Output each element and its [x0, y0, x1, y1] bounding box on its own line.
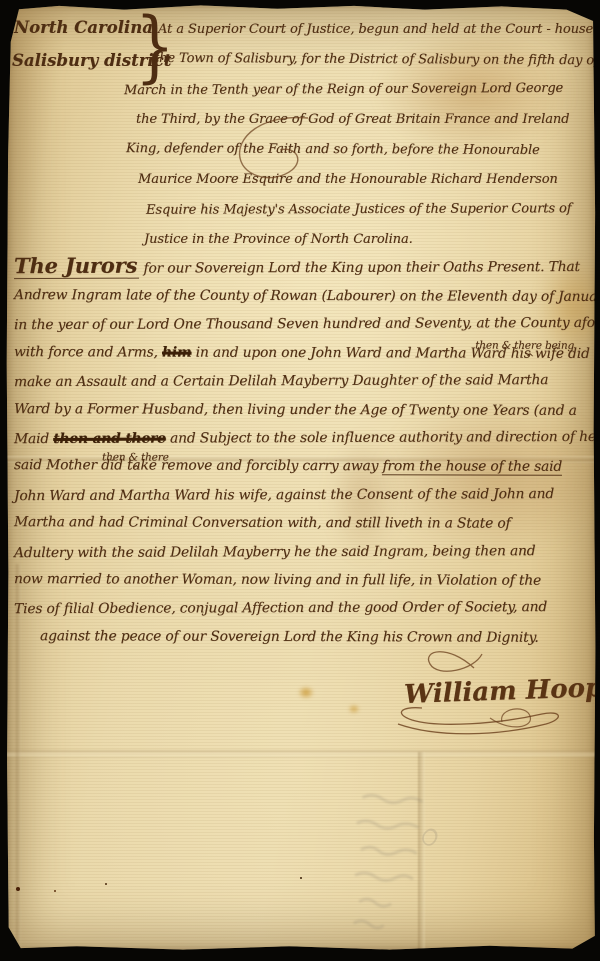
place-name-line1: North Carolina	[14, 18, 153, 37]
signature-name: William Hooper	[404, 672, 600, 710]
paper-stain	[348, 704, 360, 714]
body-line: make an Assault and a Certain Delilah Ma…	[14, 367, 600, 398]
body-line-text: Andrew Ingram late of the County of Rowa…	[14, 287, 600, 305]
manuscript-paper: North Carolina Salisbury district } At a…	[6, 4, 596, 951]
court-caption-line: At a Superior Court of Justice, begun an…	[158, 22, 600, 37]
body-line: The Jurors for our Sovereign Lord the Ki…	[14, 249, 600, 284]
body-line: Adultery with the said Delilah Mayberry …	[14, 537, 600, 568]
paper-stain	[298, 686, 314, 699]
body-line-text: Maid	[14, 431, 53, 447]
body-line-text: in the year of our Lord One Thousand Sev…	[14, 315, 600, 333]
strikethrough-text: him	[162, 344, 191, 360]
caret-mark: ^	[132, 458, 140, 484]
court-caption-line: King, defender of the Faith and so forth…	[126, 141, 540, 158]
indictment-body: The Jurors for our Sovereign Lord the Ki…	[14, 250, 600, 652]
body-line: Martha and had Criminal Conversation wit…	[14, 509, 600, 539]
body-line-text: against the peace of our Sovereign Lord …	[40, 628, 539, 646]
body-line: said Mother did take remove and forcibly…	[14, 452, 600, 482]
horizontal-fold-crease	[6, 750, 596, 758]
ink-specks	[16, 887, 20, 891]
body-line-text: Ward by a Former Husband, then living un…	[14, 401, 577, 419]
body-line-text: John Ward and Martha Ward his wife, agai…	[14, 486, 554, 504]
body-line: against the peace of our Sovereign Lord …	[14, 623, 600, 653]
body-line-text: with force and Arms,	[14, 344, 162, 360]
court-caption-line: the Third, by the Grace of God of Great …	[136, 112, 569, 127]
body-line: Ties of filial Obedience, conjugal Affec…	[14, 594, 600, 625]
interlinear-insertion: then & there being	[475, 332, 574, 358]
vertical-fold-crease	[418, 752, 425, 951]
body-line: now married to another Woman, now living…	[14, 566, 600, 596]
body-line-text: Adultery with the said Delilah Mayberry …	[14, 543, 535, 561]
body-line-text: Ties of filial Obedience, conjugal Affec…	[14, 599, 547, 617]
body-line-text: make an Assault and a Certain Delilah Ma…	[14, 372, 548, 390]
court-caption-line: Maurice Moore Esquire and the Honourable…	[138, 172, 558, 187]
body-line: John Ward and Martha Ward his wife, agai…	[14, 481, 600, 512]
court-caption-line: March in the Tenth year of the Reign of …	[124, 81, 563, 98]
verso-bleedthrough	[348, 786, 443, 941]
underlined-text: from the house of the said	[382, 459, 562, 477]
court-caption-line: the Town of Salisbury, for the District …	[154, 51, 599, 68]
court-caption-line: Justice in the Province of North Carolin…	[144, 232, 413, 247]
body-line: Andrew Ingram late of the County of Rowa…	[14, 282, 600, 312]
body-line: with force and Arms, him in and upon one…	[14, 339, 600, 369]
court-caption-line: Esquire his Majesty's Associate Justices…	[146, 201, 572, 217]
body-line-text: now married to another Woman, now living…	[14, 571, 541, 589]
body-line: Ward by a Former Husband, then living un…	[14, 396, 600, 426]
body-line-text: and Subject to the sole influence author…	[166, 429, 600, 447]
brace-mark: }	[135, 2, 175, 92]
page: { "palette":{ "background":"#070604", "p…	[0, 0, 600, 961]
body-line-text: for our Sovereign Lord the King upon the…	[139, 259, 580, 277]
body-opening: The Jurors	[14, 253, 139, 279]
body-line-text: Martha and had Criminal Conversation wit…	[14, 514, 510, 532]
